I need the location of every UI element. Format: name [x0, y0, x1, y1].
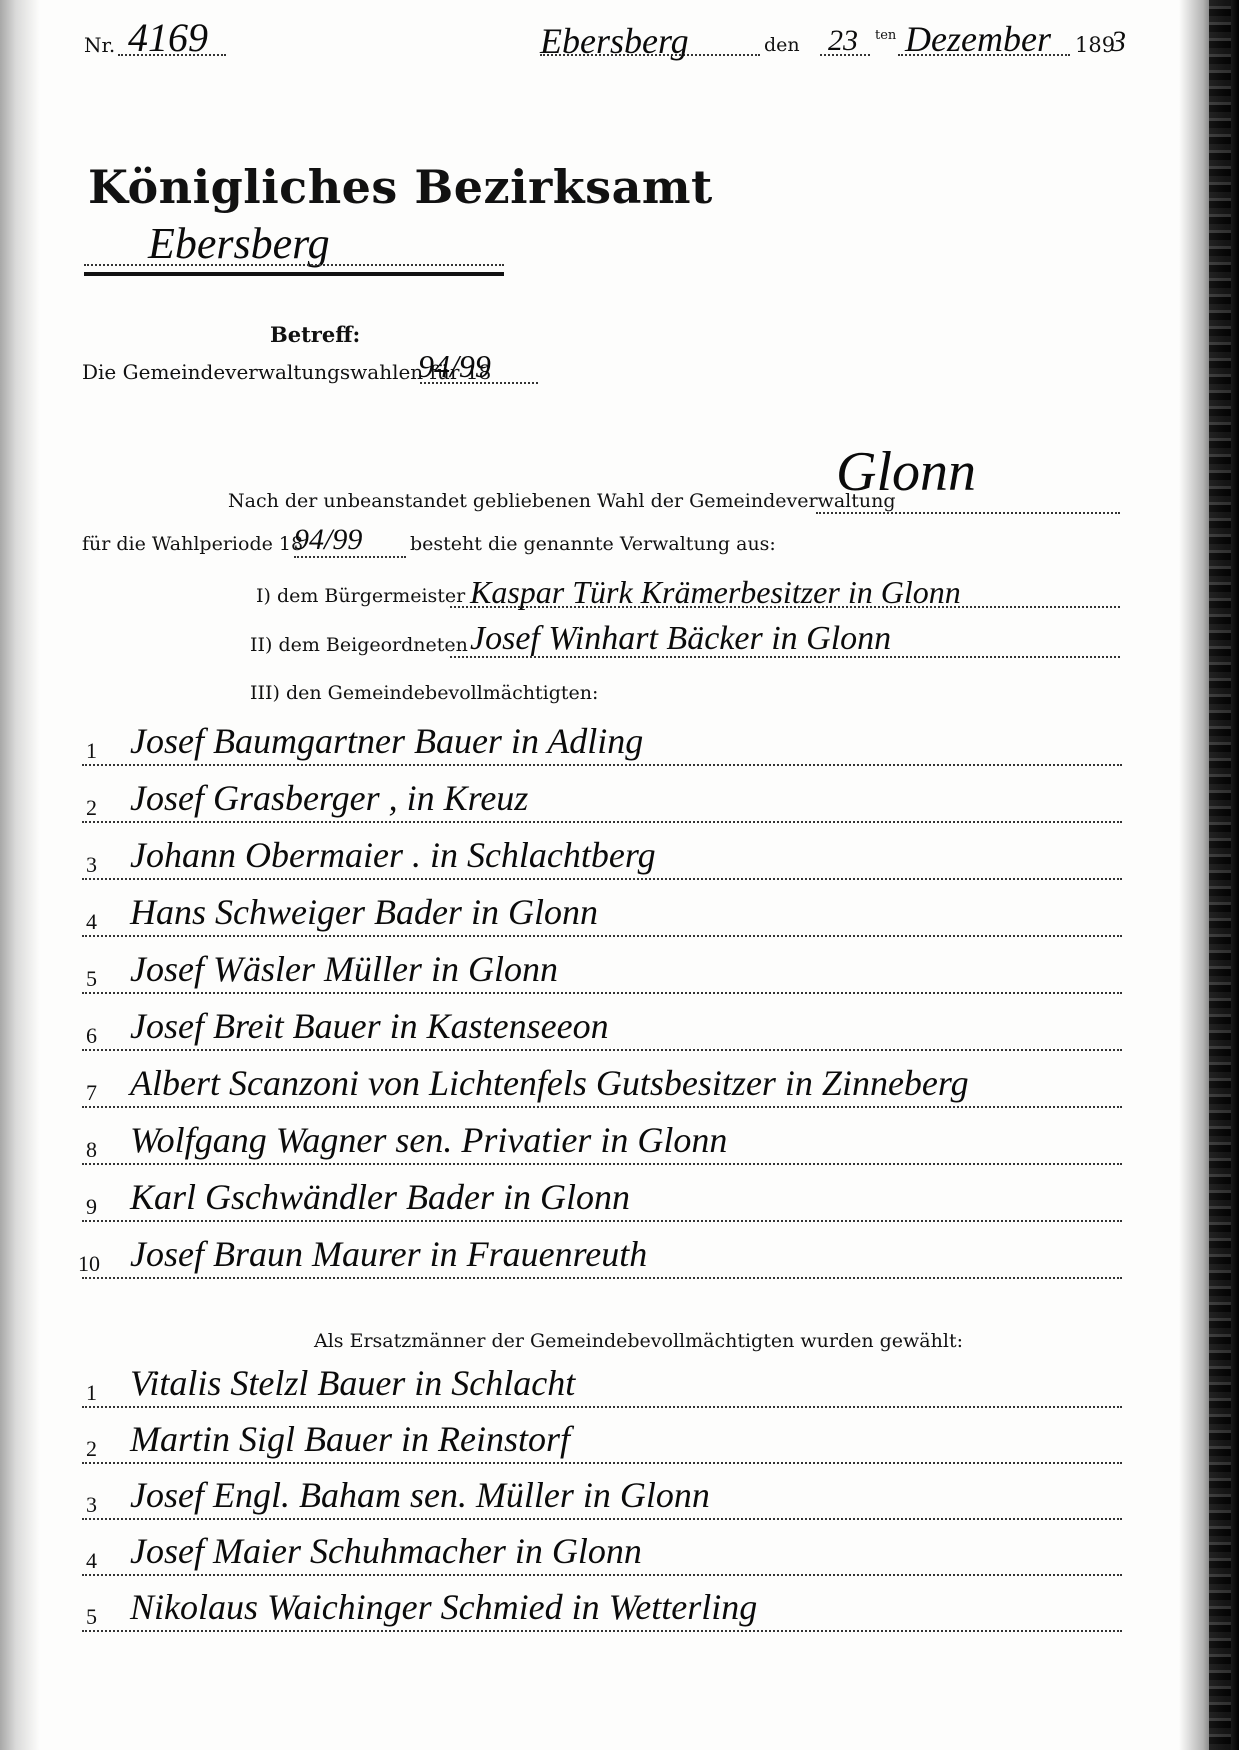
council-member-row-number: 10	[78, 1251, 100, 1277]
authority-title: Königliches Bezirksamt	[88, 160, 713, 214]
date-day: 23	[828, 24, 858, 58]
scan-edge-border-right	[1209, 0, 1231, 1750]
date-year-prefix: 189	[1075, 33, 1115, 57]
substitutes-heading: Als Ersatzmänner der Gemeindebevollmächt…	[314, 1330, 963, 1352]
council-member-row-number: 7	[86, 1080, 97, 1106]
substitute-member-row-entry: Nikolaus Waichinger Schmied in Wetterlin…	[130, 1586, 757, 1628]
council-member-row-entry: Albert Scanzoni von Lichtenfels Gutsbesi…	[130, 1062, 969, 1104]
council-member-row-number: 4	[86, 909, 97, 935]
council-member-row-entry: Josef Braun Maurer in Frauenreuth	[130, 1233, 647, 1275]
substitute-member-row-entry: Josef Engl. Baham sen. Müller in Glonn	[130, 1474, 710, 1516]
council-member-row-entry: Johann Obermaier . in Schlacht­berg	[130, 834, 656, 876]
council-member-row-dotted-line	[82, 1106, 1122, 1108]
council-members-label: III) den Gemeindebevollmächtigten:	[250, 682, 598, 704]
substitute-member-row-dotted-line	[82, 1518, 1122, 1520]
date-year-suffix: 3	[1111, 25, 1126, 59]
substitute-member-row-number: 3	[86, 1492, 97, 1518]
place-of-issue: Ebersberg	[540, 20, 689, 62]
council-member-row-entry: Josef Wäsler Müller in Glonn	[130, 948, 558, 990]
district-dotted-line	[84, 264, 504, 266]
council-member-row-entry: Karl Gschwändler Bader in Glonn	[130, 1176, 630, 1218]
scanned-document-page: Nr. 4169 Ebersberg den 23 ten Dezember 1…	[0, 0, 1239, 1750]
substitute-member-row-dotted-line	[82, 1574, 1122, 1576]
council-member-row-dotted-line	[82, 821, 1122, 823]
municipality-dotted-line	[816, 512, 1120, 514]
council-member-row-entry: Josef Baumgartner Bauer in Adling	[130, 720, 643, 762]
date-month: Dezember	[905, 18, 1051, 60]
date-ten-suffix: ten	[875, 28, 896, 43]
council-member-row-number: 9	[86, 1194, 97, 1220]
substitute-member-row-number: 5	[86, 1604, 97, 1630]
municipality-name: Glonn	[836, 440, 976, 504]
council-member-row-number: 1	[86, 738, 97, 764]
number-label: Nr.	[84, 33, 115, 57]
deputy-entry: Josef Winhart Bäcker in Glonn	[470, 620, 891, 658]
council-member-row-entry: Josef Grasberger , in Kreuz	[130, 777, 528, 819]
substitute-member-row-dotted-line	[82, 1406, 1122, 1408]
council-member-row-dotted-line	[82, 1277, 1122, 1279]
council-member-row-dotted-line	[82, 764, 1122, 766]
mayor-entry: Kaspar Türk Krämerbesitzer in Glonn	[470, 574, 961, 611]
council-member-row-dotted-line	[82, 878, 1122, 880]
council-member-row-entry: Hans Schweiger Bader in Glonn	[130, 891, 598, 933]
intro-text: Nach der unbeanstandet gebliebenen Wahl …	[228, 490, 896, 512]
council-member-row-number: 5	[86, 966, 97, 992]
council-member-row-number: 2	[86, 795, 97, 821]
subject-label: Betreff:	[270, 322, 360, 347]
council-member-row-dotted-line	[82, 992, 1122, 994]
substitute-member-row-entry: Josef Maier Schuhmacher in Glonn	[130, 1530, 642, 1572]
council-member-row-number: 6	[86, 1023, 97, 1049]
election-period-value: 94/99	[294, 523, 362, 557]
council-member-row-entry: Josef Breit Bauer in Kastenseeon	[130, 1005, 609, 1047]
subject-election-period: 94/99	[418, 348, 491, 385]
council-member-row-dotted-line	[82, 935, 1122, 937]
council-member-row-number: 3	[86, 852, 97, 878]
substitute-member-row-dotted-line	[82, 1462, 1122, 1464]
district-name: Ebersberg	[148, 218, 330, 269]
council-member-row-number: 8	[86, 1137, 97, 1163]
council-member-row-dotted-line	[82, 1163, 1122, 1165]
substitute-member-row-entry: Martin Sigl Bauer in Reinstorf	[130, 1418, 570, 1460]
substitute-member-row-entry: Vitalis Stelzl Bauer in Schlacht	[130, 1362, 575, 1404]
substitute-member-row-dotted-line	[82, 1630, 1122, 1632]
authority-underline	[84, 272, 504, 276]
mayor-label: I) dem Bürgermeister	[256, 585, 465, 607]
substitute-member-row-number: 1	[86, 1380, 97, 1406]
administration-consists-text: besteht die genannte Verwaltung aus:	[410, 533, 776, 555]
substitute-member-row-number: 2	[86, 1436, 97, 1462]
council-member-row-entry: Wolfgang Wagner sen. Privatier in Glonn	[130, 1119, 727, 1161]
council-member-row-dotted-line	[82, 1049, 1122, 1051]
election-period-label: für die Wahlperiode 18	[82, 533, 303, 555]
date-den-label: den	[764, 34, 800, 56]
document-number: 4169	[128, 14, 208, 61]
deputy-label: II) dem Beigeordneten	[250, 634, 468, 656]
scan-edge-shadow-left	[0, 0, 40, 1750]
council-member-row-dotted-line	[82, 1220, 1122, 1222]
substitute-member-row-number: 4	[86, 1548, 97, 1574]
